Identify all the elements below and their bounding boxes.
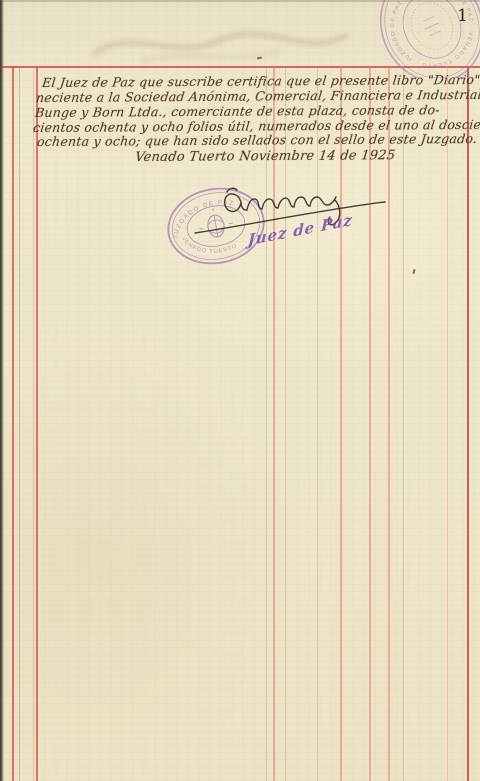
svg-text:· JUZGADO DE PAZ · VENADO TUER: · JUZGADO DE PAZ · VENADO TUERTO · JUZGA… [376,0,480,78]
ruled-line-vertical [467,67,469,781]
registry-stamp: · JUZGADO DE PAZ · VENADO TUERTO · JUZGA… [368,0,480,78]
ledger-page: 1 · JUZGADO DE PAZ · VENADO TUERTO · JUZ… [0,0,480,781]
ruled-line-vertical [285,67,286,781]
ruled-line-vertical [266,67,267,781]
ruled-line-vertical [33,67,34,781]
registry-stamp-ring-text: · JUZGADO DE PAZ · VENADO TUERTO · JUZGA… [376,0,480,78]
date-line: Venado Tuerto Noviembre 14 de 1925 [134,148,396,165]
ruled-line-vertical [273,67,275,781]
ruled-line-vertical [369,67,371,781]
ruled-line-vertical [388,67,390,781]
ruled-line-vertical [317,67,318,781]
paper-edge [0,0,4,781]
ruled-line-vertical [403,67,404,781]
ruled-line-vertical [36,67,38,781]
ink-speck [412,269,415,274]
bleed-through-ghost [80,18,360,70]
ruled-line-vertical [340,67,342,781]
ruled-line-vertical [19,67,20,781]
paper-edge [0,0,480,2]
handwriting-line: ochenta y ocho; que han sido sellados co… [36,131,478,149]
ruled-line-vertical [12,67,14,781]
ruled-line-vertical [447,67,448,781]
